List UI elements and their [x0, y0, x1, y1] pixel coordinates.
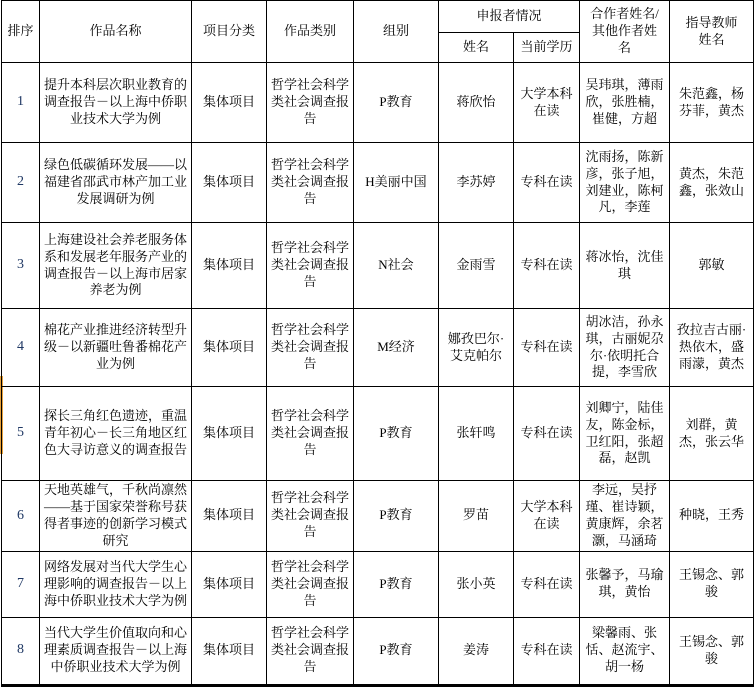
col-header-name[interactable]: 姓名	[439, 33, 514, 63]
cell-group[interactable]: N社会	[354, 223, 439, 309]
cell-name[interactable]: 姜涛	[439, 617, 514, 685]
table-row: 5 探长三角红色遗迹，重温青年初心－长三角地区红色大寻访意义的调查报告 集体项目…	[2, 387, 754, 481]
cell-advisors[interactable]: 王锡念、郭骏	[670, 617, 754, 685]
cell-type[interactable]: 哲学社会科学类社会调查报告	[267, 481, 354, 552]
cell-education[interactable]: 专科在读	[514, 617, 580, 685]
cell-education[interactable]: 专科在读	[514, 223, 580, 309]
cell-collaborators[interactable]: 胡冰洁，孙永琪，古丽妮尕尔·依明托合提，李雪欣	[580, 309, 670, 387]
col-header-type[interactable]: 作品类别	[267, 1, 354, 63]
header-row-1: 排序 作品名称 项目分类 作品类别 组别 申报者情况 合作者姓名/其他作者姓名 …	[2, 1, 754, 33]
cell-order[interactable]: 3	[2, 223, 40, 309]
cell-group[interactable]: M经济	[354, 309, 439, 387]
cell-order[interactable]: 1	[2, 63, 40, 143]
cell-title[interactable]: 探长三角红色遗迹，重温青年初心－长三角地区红色大寻访意义的调查报告	[40, 387, 192, 481]
cell-group[interactable]: H美丽中国	[354, 143, 439, 223]
cell-title[interactable]: 当代大学生价值取向和心理素质调查报告－以上海中侨职业技术大学为例	[40, 617, 192, 685]
cell-name[interactable]: 李苏婷	[439, 143, 514, 223]
cell-education[interactable]: 大学本科在读	[514, 481, 580, 552]
cell-type[interactable]: 哲学社会科学类社会调查报告	[267, 63, 354, 143]
cell-title[interactable]: 棉花产业推进经济转型升级－以新疆吐鲁番棉花产业为例	[40, 309, 192, 387]
table-row: 3 上海建设社会养老服务体系和发展老年服务产业的调查报告－以上海市居家养老为例 …	[2, 223, 754, 309]
cell-title[interactable]: 网络发展对当代大学生心理影响的调查报告－以上海中侨职业技术大学为例	[40, 551, 192, 617]
cell-order[interactable]: 8	[2, 617, 40, 685]
cell-education[interactable]: 专科在读	[514, 387, 580, 481]
col-header-advisors[interactable]: 指导教师姓名	[670, 1, 754, 63]
col-header-applicant[interactable]: 申报者情况	[439, 1, 580, 33]
cell-type[interactable]: 哲学社会科学类社会调查报告	[267, 387, 354, 481]
cell-advisors[interactable]: 孜拉吉古丽·热依木，盛雨濛，黄杰	[670, 309, 754, 387]
cell-type[interactable]: 哲学社会科学类社会调查报告	[267, 223, 354, 309]
cell-collaborators[interactable]: 沈雨扬，陈新彦，张子旭，刘建业，陈柯凡，李莲	[580, 143, 670, 223]
cell-name[interactable]: 娜孜巴尔·艾克帕尔	[439, 309, 514, 387]
cell-category[interactable]: 集体项目	[192, 617, 267, 685]
cell-type[interactable]: 哲学社会科学类社会调查报告	[267, 143, 354, 223]
projects-table: 排序 作品名称 项目分类 作品类别 组别 申报者情况 合作者姓名/其他作者姓名 …	[1, 0, 754, 687]
cell-education[interactable]: 专科在读	[514, 143, 580, 223]
cell-group[interactable]: P教育	[354, 387, 439, 481]
cell-category[interactable]: 集体项目	[192, 481, 267, 552]
cell-category[interactable]: 集体项目	[192, 551, 267, 617]
cell-collaborators[interactable]: 刘卿宁，陆佳友，陈金标，卫红阳，张超磊，赵凯	[580, 387, 670, 481]
cell-category[interactable]: 集体项目	[192, 223, 267, 309]
cell-collaborators[interactable]: 李远，吴抒瑾、崔诗颖，黄康辉，余茗灏，马涵琦	[580, 481, 670, 552]
cell-name[interactable]: 张小英	[439, 551, 514, 617]
cell-collaborators[interactable]: 梁馨雨、张恬、赵流宇、胡一杨	[580, 617, 670, 685]
cell-name[interactable]: 张轩鸣	[439, 387, 514, 481]
table-row: 8 当代大学生价值取向和心理素质调查报告－以上海中侨职业技术大学为例 集体项目 …	[2, 617, 754, 685]
cell-type[interactable]: 哲学社会科学类社会调查报告	[267, 551, 354, 617]
cell-collaborators[interactable]: 吴玮琪，薄雨欣，张胜楠，崔健，方超	[580, 63, 670, 143]
col-header-education[interactable]: 当前学历	[514, 33, 580, 63]
cell-group[interactable]: P教育	[354, 551, 439, 617]
table-row: 6 天地英雄气，千秋尚凛然——基于国家荣誉称号获得者事迹的创新学习模式研究 集体…	[2, 481, 754, 552]
cell-advisors[interactable]: 王锡念、郭骏	[670, 551, 754, 617]
cell-collaborators[interactable]: 蒋冰怡，沈佳琪	[580, 223, 670, 309]
cell-category[interactable]: 集体项目	[192, 387, 267, 481]
table-row: 4 棉花产业推进经济转型升级－以新疆吐鲁番棉花产业为例 集体项目 哲学社会科学类…	[2, 309, 754, 387]
cell-group[interactable]: P教育	[354, 617, 439, 685]
cell-group[interactable]: P教育	[354, 481, 439, 552]
cell-title[interactable]: 天地英雄气，千秋尚凛然——基于国家荣誉称号获得者事迹的创新学习模式研究	[40, 481, 192, 552]
cell-type[interactable]: 哲学社会科学类社会调查报告	[267, 617, 354, 685]
cell-advisors[interactable]: 朱范鑫，杨芬菲，黄杰	[670, 63, 754, 143]
cell-order[interactable]: 6	[2, 481, 40, 552]
cell-category[interactable]: 集体项目	[192, 309, 267, 387]
cell-order[interactable]: 7	[2, 551, 40, 617]
cell-advisors[interactable]: 黄杰，朱范鑫，张效山	[670, 143, 754, 223]
cell-order[interactable]: 2	[2, 143, 40, 223]
cell-title[interactable]: 绿色低碳循环发展——以福建省邵武市林产加工业发展调研为例	[40, 143, 192, 223]
col-header-category[interactable]: 项目分类	[192, 1, 267, 63]
spreadsheet-region: 排序 作品名称 项目分类 作品类别 组别 申报者情况 合作者姓名/其他作者姓名 …	[1, 0, 754, 687]
table-row: 7 网络发展对当代大学生心理影响的调查报告－以上海中侨职业技术大学为例 集体项目…	[2, 551, 754, 617]
cell-education[interactable]: 专科在读	[514, 551, 580, 617]
cell-name[interactable]: 罗苗	[439, 481, 514, 552]
cell-category[interactable]: 集体项目	[192, 143, 267, 223]
col-header-group[interactable]: 组别	[354, 1, 439, 63]
cell-group[interactable]: P教育	[354, 63, 439, 143]
cell-category[interactable]: 集体项目	[192, 63, 267, 143]
cell-name[interactable]: 蒋欣怡	[439, 63, 514, 143]
cell-order[interactable]: 5	[2, 387, 40, 481]
cell-advisors[interactable]: 郭敏	[670, 223, 754, 309]
cell-education[interactable]: 大学本科在读	[514, 63, 580, 143]
cell-advisors[interactable]: 刘群，黄杰，张云华	[670, 387, 754, 481]
col-header-title[interactable]: 作品名称	[40, 1, 192, 63]
cell-title[interactable]: 提升本科层次职业教育的调查报告－以上海中侨职业技术大学为例	[40, 63, 192, 143]
table-row: 2 绿色低碳循环发展——以福建省邵武市林产加工业发展调研为例 集体项目 哲学社会…	[2, 143, 754, 223]
cell-collaborators[interactable]: 张馨予，马瑜琪，黄怡	[580, 551, 670, 617]
col-header-collaborators[interactable]: 合作者姓名/其他作者姓名	[580, 1, 670, 63]
table-row: 1 提升本科层次职业教育的调查报告－以上海中侨职业技术大学为例 集体项目 哲学社…	[2, 63, 754, 143]
cell-name[interactable]: 金雨雪	[439, 223, 514, 309]
cell-type[interactable]: 哲学社会科学类社会调查报告	[267, 309, 354, 387]
cell-education[interactable]: 专科在读	[514, 309, 580, 387]
cell-order[interactable]: 4	[2, 309, 40, 387]
cell-title[interactable]: 上海建设社会养老服务体系和发展老年服务产业的调查报告－以上海市居家养老为例	[40, 223, 192, 309]
col-header-order[interactable]: 排序	[2, 1, 40, 63]
cell-advisors[interactable]: 种晓，王秀	[670, 481, 754, 552]
